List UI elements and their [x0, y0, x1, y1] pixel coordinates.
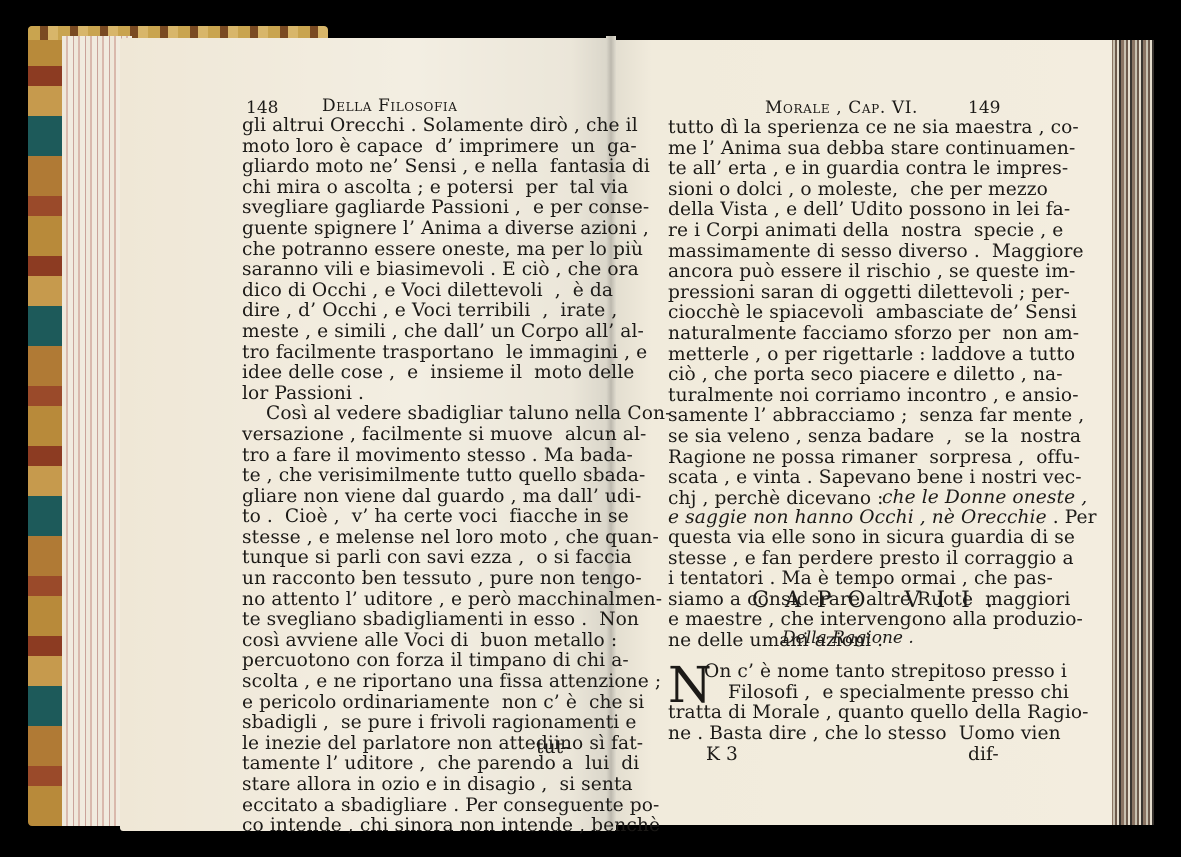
text-line: tro facilmente trasportano le immagini ,…	[242, 343, 671, 364]
italic-quote-second: e saggie non hanno Occhi , nè Orecchie	[668, 507, 1047, 528]
text-line: che potranno essere oneste, ma per lo pi…	[242, 240, 671, 261]
chapter-body: tratta di Morale , quanto quello della R…	[668, 703, 1089, 744]
right-catchword: dif-	[968, 745, 999, 766]
right-page-edges	[1110, 40, 1154, 825]
text-line: to . Cioè , v’ ha certe voci fiacche in …	[242, 507, 671, 528]
text-line: no attento l’ uditore , e però macchinal…	[242, 590, 671, 611]
left-page-body: gli altrui Orecchi . Solamente dirò , ch…	[242, 116, 671, 837]
right-running-head: Morale , Cap. VI.	[765, 98, 918, 118]
text-line: me l’ Anima sua debba stare continuamen-	[668, 139, 1084, 160]
text-line: saranno vili e biasimevoli . E ciò , che…	[242, 260, 671, 281]
left-running-head: Della Filosofia	[322, 96, 458, 116]
text-line: tratta di Morale , quanto quello della R…	[668, 703, 1089, 724]
text-line: turalmente noi corriamo incontro , e ans…	[668, 386, 1084, 407]
text-line: Filosofi , e specialmente presso chi	[704, 683, 1069, 704]
text-line: pressioni saran di oggetti dilettevoli ;…	[668, 283, 1084, 304]
right-page-number: 149	[968, 98, 1000, 118]
right-quote-block: che le Donne oneste ,	[668, 488, 1087, 509]
text-line: e pericolo ordinariamente non c’ è che s…	[242, 693, 671, 714]
text-line: versazione , facilmente si muove alcun a…	[242, 425, 671, 446]
text-line: naturalmente facciamo sforzo per non am-	[668, 324, 1084, 345]
text-line: sioni o dolci , o moleste, che per mezzo	[668, 180, 1084, 201]
text-line: svegliare gagliarde Passioni , e per con…	[242, 198, 671, 219]
text-line: gliare non viene dal guardo , ma dall’ u…	[242, 487, 671, 508]
text-line: dico di Occhi , e Voci dilettevoli , è d…	[242, 281, 671, 302]
text-line: stare allora in ozio e in disagio , si s…	[242, 775, 671, 796]
text-line: stesse , e fan perdere presto il corragg…	[668, 549, 1083, 570]
text-line: guente spignere l’ Anima a diverse azion…	[242, 219, 671, 240]
text-line: massimamente di sesso diverso . Maggiore	[668, 242, 1084, 263]
text-line: co intende , chi sinora non intende , be…	[242, 816, 671, 837]
text-line: tutto dì la sperienza ce ne sia maestra …	[668, 118, 1084, 139]
left-catchword: tut-	[536, 738, 570, 759]
text-line: se sia veleno , senza badare , se la nos…	[668, 427, 1084, 448]
right-quote-line: e saggie non hanno Occhi , nè Orecchie .…	[668, 508, 1097, 529]
text-line: On c’ è nome tanto strepitoso presso i	[704, 662, 1069, 683]
text-line: ciò , che porta seco piacere e diletto ,…	[668, 365, 1084, 386]
text-line: così avviene alle Voci di buon metallo :	[242, 631, 671, 652]
text-line: metterle , o per rigettarle : laddove a …	[668, 345, 1084, 366]
text-line: moto loro è capace d’ imprimere un ga-	[242, 137, 671, 158]
text-line: scata , e vinta . Sapevano bene i nostri…	[668, 468, 1084, 489]
text-line: stesse , e melense nel loro moto , che q…	[242, 528, 671, 549]
text-line: te , che verisimilmente tutto quello sba…	[242, 466, 671, 487]
text-line: tro a fare il movimento stesso . Ma bada…	[242, 446, 671, 467]
text-line: re i Corpi animati della nostra specie ,…	[668, 221, 1084, 242]
text-line: scolta , e ne riportano una fissa attenz…	[242, 672, 671, 693]
text-line: Così al vedere sbadigliar taluno nella C…	[242, 404, 671, 425]
text-line: gliardo moto ne’ Sensi , e nella fantasi…	[242, 157, 671, 178]
text-line: i tentatori . Ma è tempo ormai , che pas…	[668, 569, 1083, 590]
text-line: Ragione ne possa rimaner sorpresa , offu…	[668, 448, 1084, 469]
chapter-subtitle: Della Ragione .	[782, 628, 914, 648]
text-line: un racconto ben tessuto , pure non tengo…	[242, 569, 671, 590]
text-line: meste , e simili , che dall’ un Corpo al…	[242, 322, 671, 343]
text-line: lor Passioni .	[242, 384, 671, 405]
signature-mark: K 3	[706, 745, 738, 766]
text-line: gli altrui Orecchi . Solamente dirò , ch…	[242, 116, 671, 137]
text-line: della Vista , e dell’ Udito possono in l…	[668, 200, 1084, 221]
text-line: eccitato a sbadigliare . Per conseguente…	[242, 796, 671, 817]
quote-end: . Per	[1047, 507, 1097, 528]
chapter-opening-lines: On c’ è nome tanto strepitoso presso iFi…	[704, 662, 1069, 703]
text-line: ancora può essere il rischio , se queste…	[668, 262, 1084, 283]
text-line: idee delle cose , e insieme il moto dell…	[242, 363, 671, 384]
text-line: dire , d’ Occhi , e Voci terribili , ira…	[242, 301, 671, 322]
text-line: ciocchè le spiacevoli ambasciate de’ Sen…	[668, 303, 1084, 324]
text-line: sbadigli , se pure i frivoli ragionament…	[242, 713, 671, 734]
text-line: percuotono con forza il timpano di chi a…	[242, 651, 671, 672]
text-line: samente l’ abbracciamo ; senza far mente…	[668, 406, 1084, 427]
text-line: tunque si parli con savi ezza , o si fac…	[242, 548, 671, 569]
text-line: te all’ erta , e in guardia contra le im…	[668, 159, 1084, 180]
text-line: le inezie del parlatore non attediino sì…	[242, 734, 671, 755]
chapter-heading: CAPO VII.	[752, 588, 1009, 613]
right-page-body: tutto dì la sperienza ce ne sia maestra …	[668, 118, 1084, 509]
text-line: ne . Basta dire , che lo stesso Uomo vie…	[668, 724, 1089, 745]
text-line: tamente l’ uditore , che parendo a lui d…	[242, 754, 671, 775]
text-line: chi mira o ascolta ; e potersi per tal v…	[242, 178, 671, 199]
text-line: questa via elle sono in sicura guardia d…	[668, 528, 1083, 549]
italic-quote-first: che le Donne oneste ,	[882, 487, 1087, 508]
text-line: te svegliano sbadigliamenti in esso . No…	[242, 610, 671, 631]
